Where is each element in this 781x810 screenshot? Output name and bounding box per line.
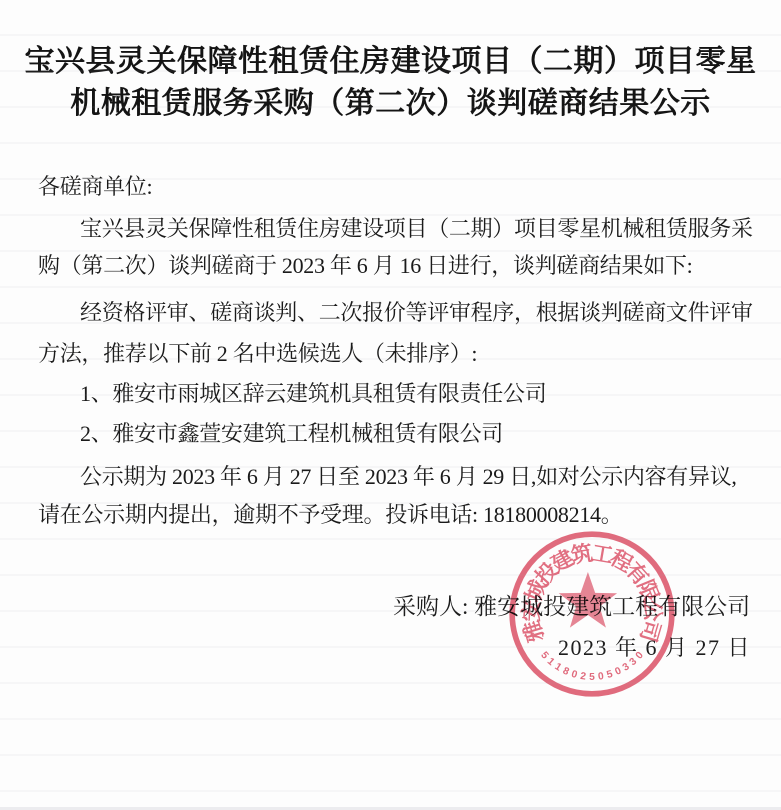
svg-text:5: 5 <box>606 669 615 681</box>
svg-text:2: 2 <box>579 671 587 683</box>
body-line-7: 公示期为 2023 年 6 月 27 日至 2023 年 6 月 29 日,如对… <box>38 463 750 490</box>
body-line-4: 方法，推荐以下前 2 名中选候选人（未排序）: <box>38 340 750 367</box>
salutation-line: 各磋商单位: <box>38 173 750 200</box>
official-seal: 雅安城投建筑工程有限公司 5118025050330 <box>505 527 679 701</box>
body-line-1: 宝兴县灵关保障性租赁住房建设项目（二期）项目零星机械租赁服务采 <box>38 215 750 242</box>
notice-title: 宝兴县灵关保障性租赁住房建设项目（二期）项目零星 机械租赁服务采购（第二次）谈判… <box>0 41 781 125</box>
candidate-line-2: 2、雅安市鑫萱安建筑工程机械租赁有限公司 <box>38 420 750 447</box>
seal-number-ring: 5118025050330 <box>538 650 646 683</box>
notice-title-line-2: 机械租赁服务采购（第二次）谈判磋商结果公示 <box>0 83 781 125</box>
svg-text:0: 0 <box>634 650 646 662</box>
svg-text:0: 0 <box>597 671 605 683</box>
candidate-line-1: 1、雅安市雨城区辞云建筑机具租赁有限责任公司 <box>38 380 750 407</box>
svg-text:5: 5 <box>589 672 595 683</box>
svg-text:8: 8 <box>561 666 571 678</box>
body-line-8: 请在公示期内提出，逾期不予受理。投诉电话: 18180008214。 <box>38 501 750 528</box>
body-line-3: 经资格评审、磋商谈判、二次报价等评审程序，根据谈判磋商文件评审 <box>38 299 750 326</box>
svg-text:司: 司 <box>635 617 664 644</box>
body-line-2: 购（第二次）谈判磋商于 2023 年 6 月 16 日进行，谈判磋商结果如下: <box>38 252 750 279</box>
seal-star-icon <box>559 572 617 628</box>
svg-text:0: 0 <box>570 669 579 681</box>
scanned-notice-page: 宝兴县灵关保障性租赁住房建设项目（二期）项目零星 机械租赁服务采购（第二次）谈判… <box>0 0 781 810</box>
notice-title-line-1: 宝兴县灵关保障性租赁住房建设项目（二期）项目零星 <box>0 41 781 83</box>
